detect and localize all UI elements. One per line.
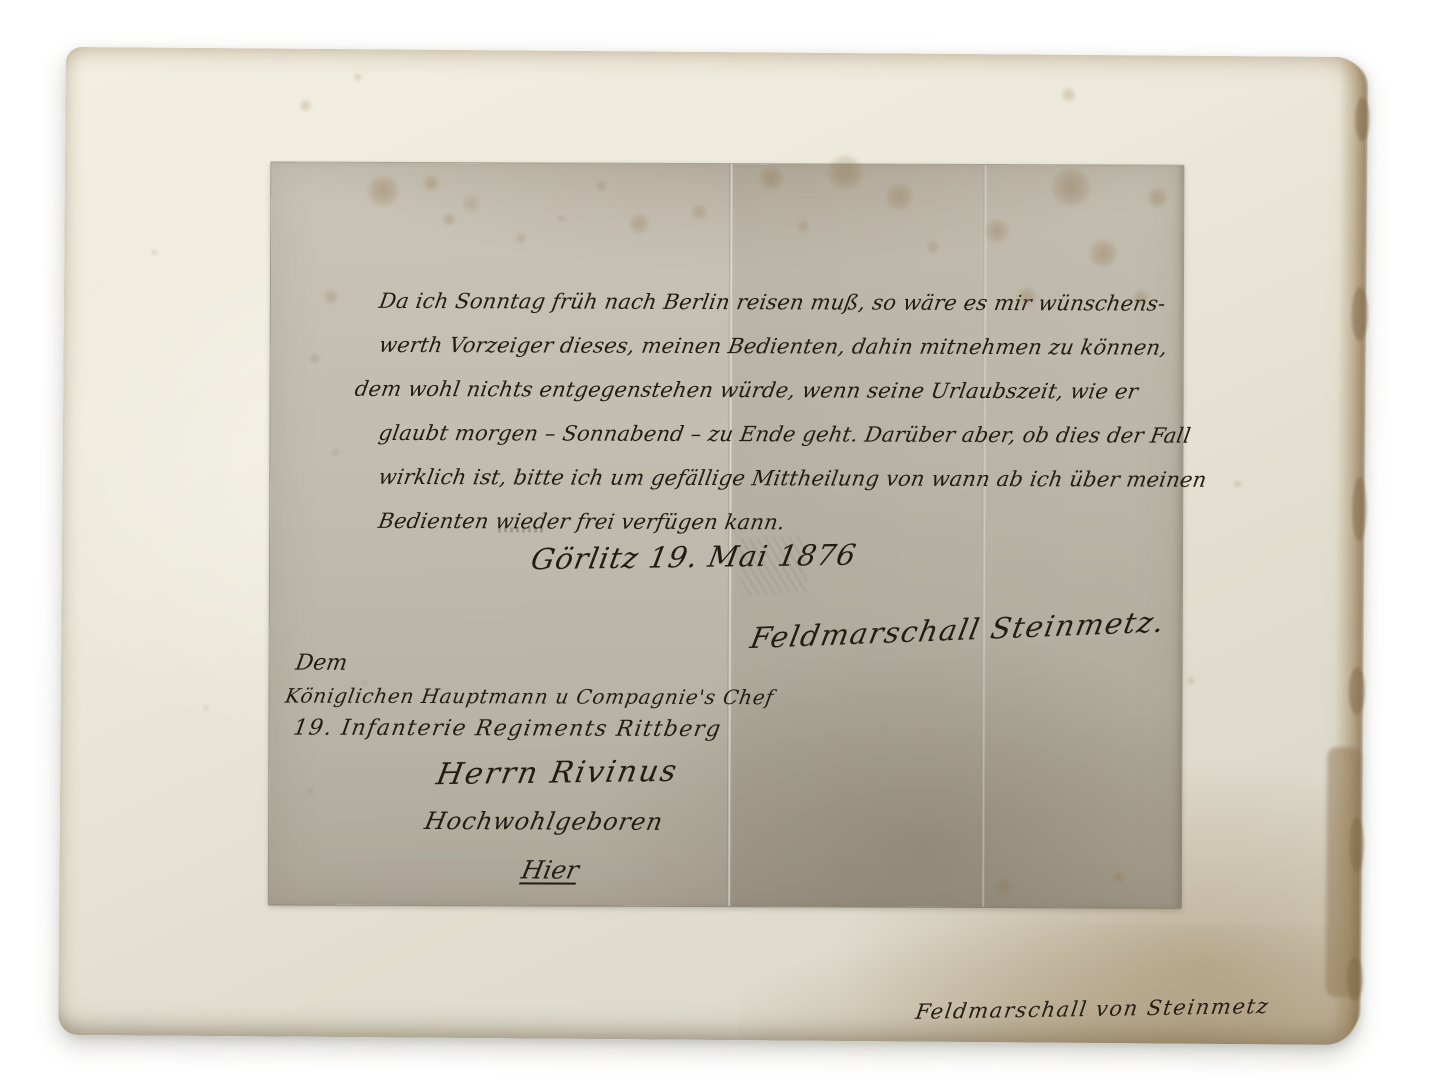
foxing-stain — [202, 704, 210, 712]
letter-sheet: Da ich Sonntag früh nach Berlin reisen m… — [269, 163, 1184, 908]
address-place: Hier — [519, 855, 581, 884]
foxing-stain — [366, 174, 400, 208]
foxing-stain — [796, 219, 810, 233]
letter-body: Da ich Sonntag früh nach Berlin reisen m… — [375, 279, 1204, 546]
foxing-stain — [690, 203, 708, 221]
address-line: Königlichen Hauptmann u Compagnie's Chef — [284, 684, 776, 710]
address-line: Dem — [294, 651, 350, 676]
foxing-stain — [826, 153, 864, 191]
letter-body-line: glaubt morgen – Sonnabend – zu Ende geht… — [375, 411, 1210, 458]
address-line: 19. Infanterie Regiments Rittberg — [291, 716, 723, 742]
foxing-stain — [442, 212, 456, 226]
foxing-stain — [926, 240, 940, 254]
foxing-stain — [884, 182, 914, 212]
letter-body-line: Da ich Sonntag früh nach Berlin reisen m… — [376, 279, 1211, 326]
foxing-stain — [330, 448, 340, 458]
worn-edge-notch — [1355, 97, 1369, 141]
letter-body-line: dem wohl nichts entgegenstehen würde, we… — [352, 367, 1211, 414]
foxing-stain — [461, 193, 481, 213]
letter-body-line: werth Vorzeiger dieses, meinen Bedienten… — [376, 323, 1211, 370]
foxing-stain — [556, 214, 566, 224]
worn-edge-notch — [1346, 957, 1362, 1001]
foxing-stain — [1060, 87, 1076, 103]
mount-board: Da ich Sonntag früh nach Berlin reisen m… — [58, 47, 1366, 1045]
worn-edge-notch — [1349, 667, 1365, 715]
foxing-stain — [323, 289, 339, 305]
foxing-stain — [309, 353, 321, 365]
foxing-stain — [1232, 479, 1242, 489]
address-line: Hochwohlgeboren — [422, 807, 665, 836]
worn-edge-notch — [1349, 817, 1363, 873]
foxing-stain — [758, 165, 784, 191]
foxing-stain — [995, 878, 1013, 896]
foxing-stain — [628, 213, 650, 235]
letter-dateline: Görlitz 19. Mai 1876 — [528, 538, 859, 576]
foxing-stain — [595, 180, 607, 192]
photo-backdrop: Da ich Sonntag früh nach Berlin reisen m… — [0, 0, 1445, 1084]
letter-signature: Feldmarschall Steinmetz. — [748, 605, 1169, 655]
foxing-stain — [984, 218, 1010, 244]
foxing-stain — [515, 232, 527, 244]
foxing-stain — [1146, 187, 1168, 209]
foxing-stain — [353, 72, 363, 82]
foxing-stain — [298, 99, 312, 113]
foxing-stain — [1088, 238, 1118, 268]
worn-edge-band — [738, 920, 1359, 1045]
foxing-stain — [1050, 166, 1092, 208]
foxing-stain — [150, 249, 158, 257]
address-recipient-name: Herrn Rivinus — [434, 754, 681, 792]
foxing-stain — [1186, 676, 1196, 686]
mount-annotation: Feldmarschall von Steinmetz — [914, 994, 1271, 1024]
foxing-stain — [422, 174, 440, 192]
worn-edge-notch — [1352, 287, 1368, 341]
letter-body-line: wirklich ist, bitte ich um gefällige Mit… — [375, 455, 1210, 502]
worn-edge-notch — [1352, 477, 1367, 541]
foxing-stain — [1112, 870, 1126, 884]
